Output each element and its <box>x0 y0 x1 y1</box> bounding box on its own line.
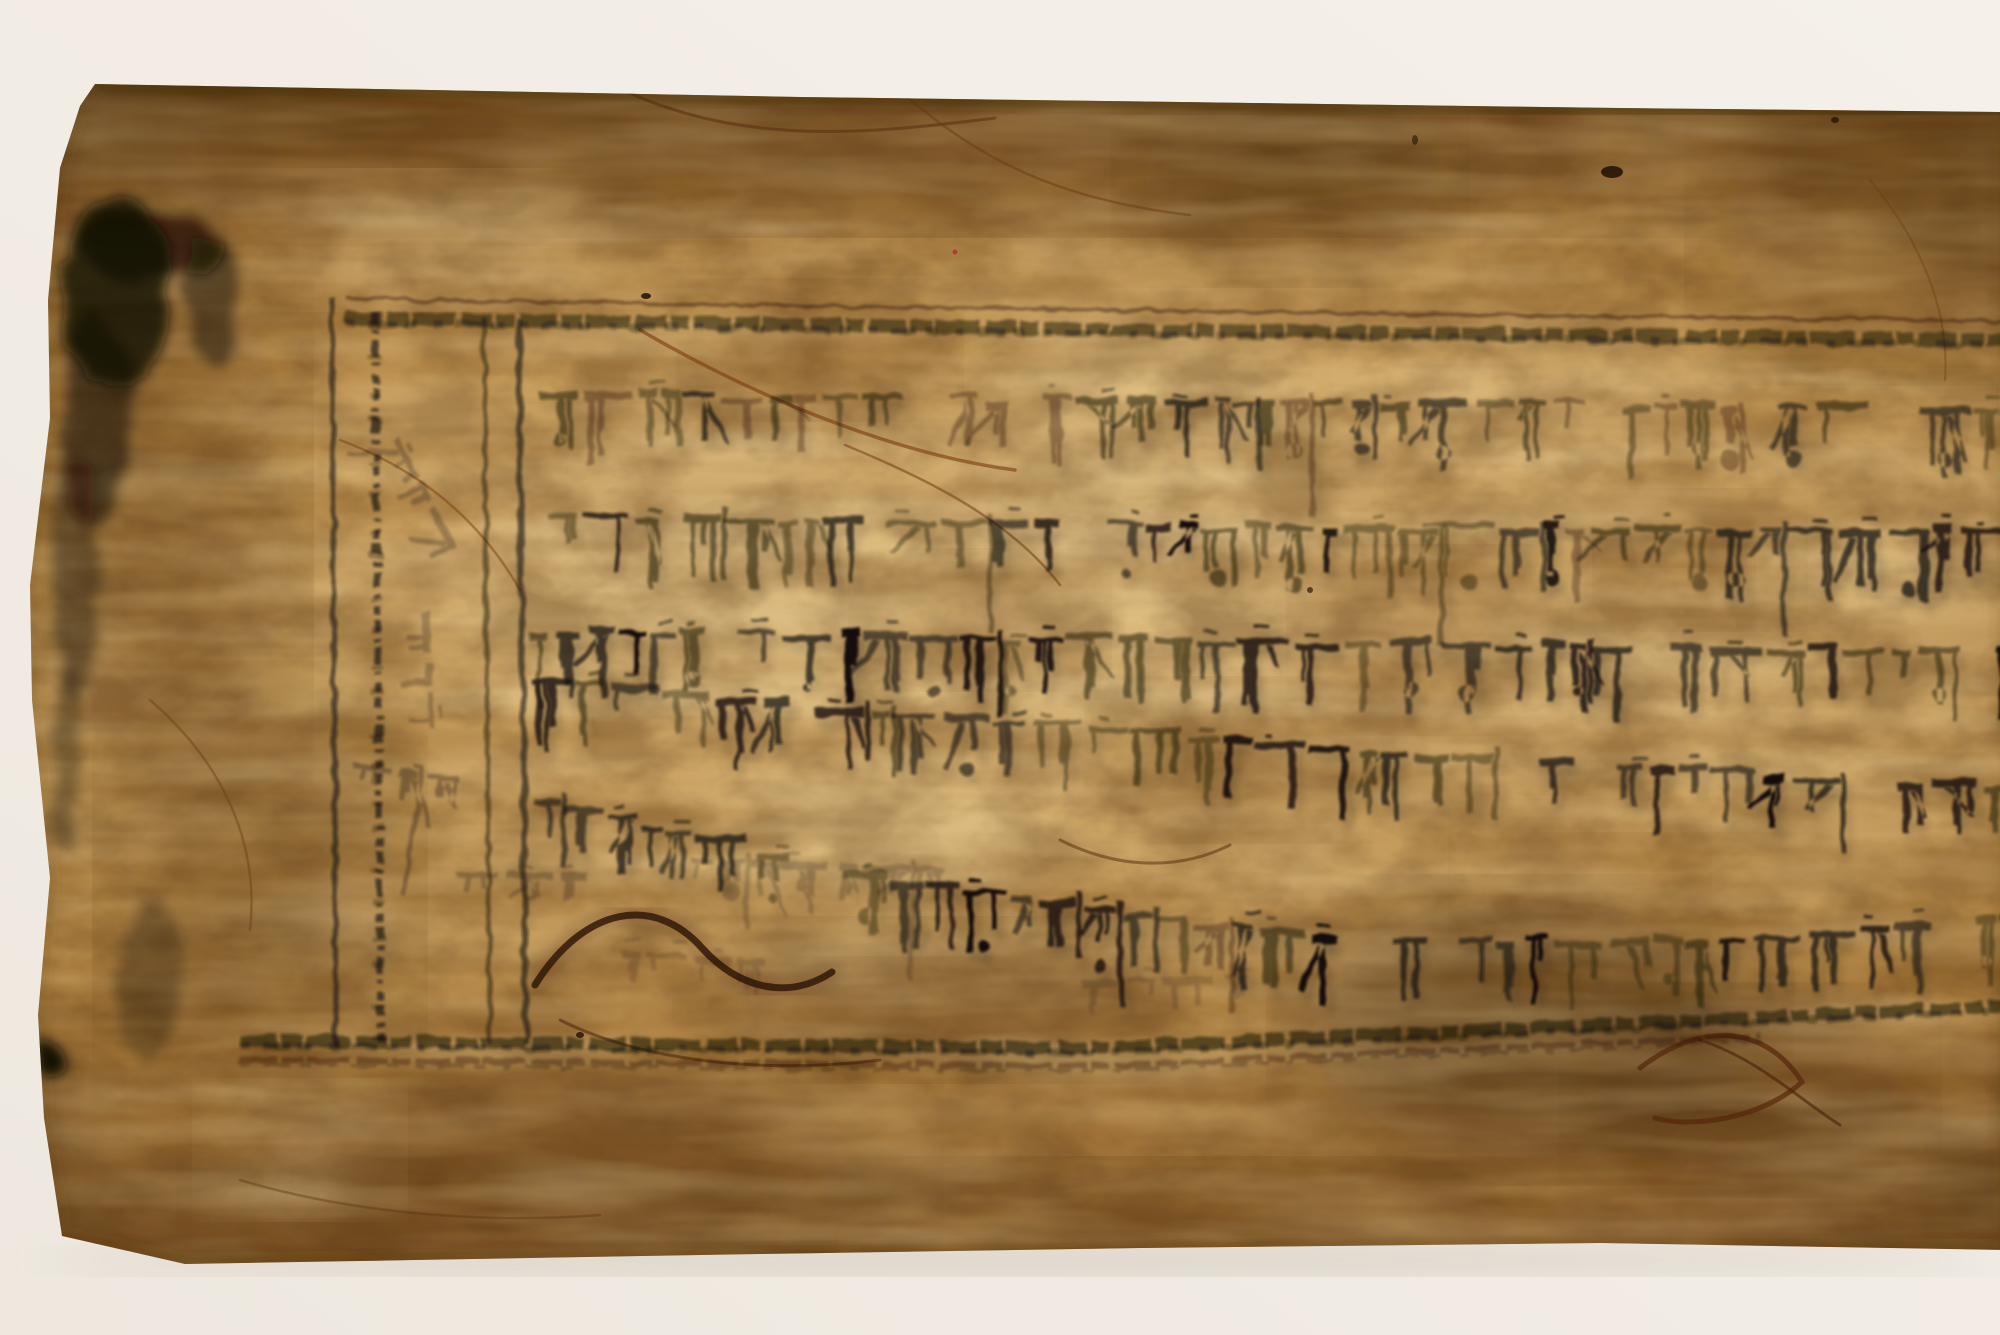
paper-sheet <box>20 40 2000 1310</box>
manuscript-scene <box>0 0 2000 1335</box>
manuscript-photo: Backlit photograph of a single aged Tibe… <box>0 0 2000 1335</box>
